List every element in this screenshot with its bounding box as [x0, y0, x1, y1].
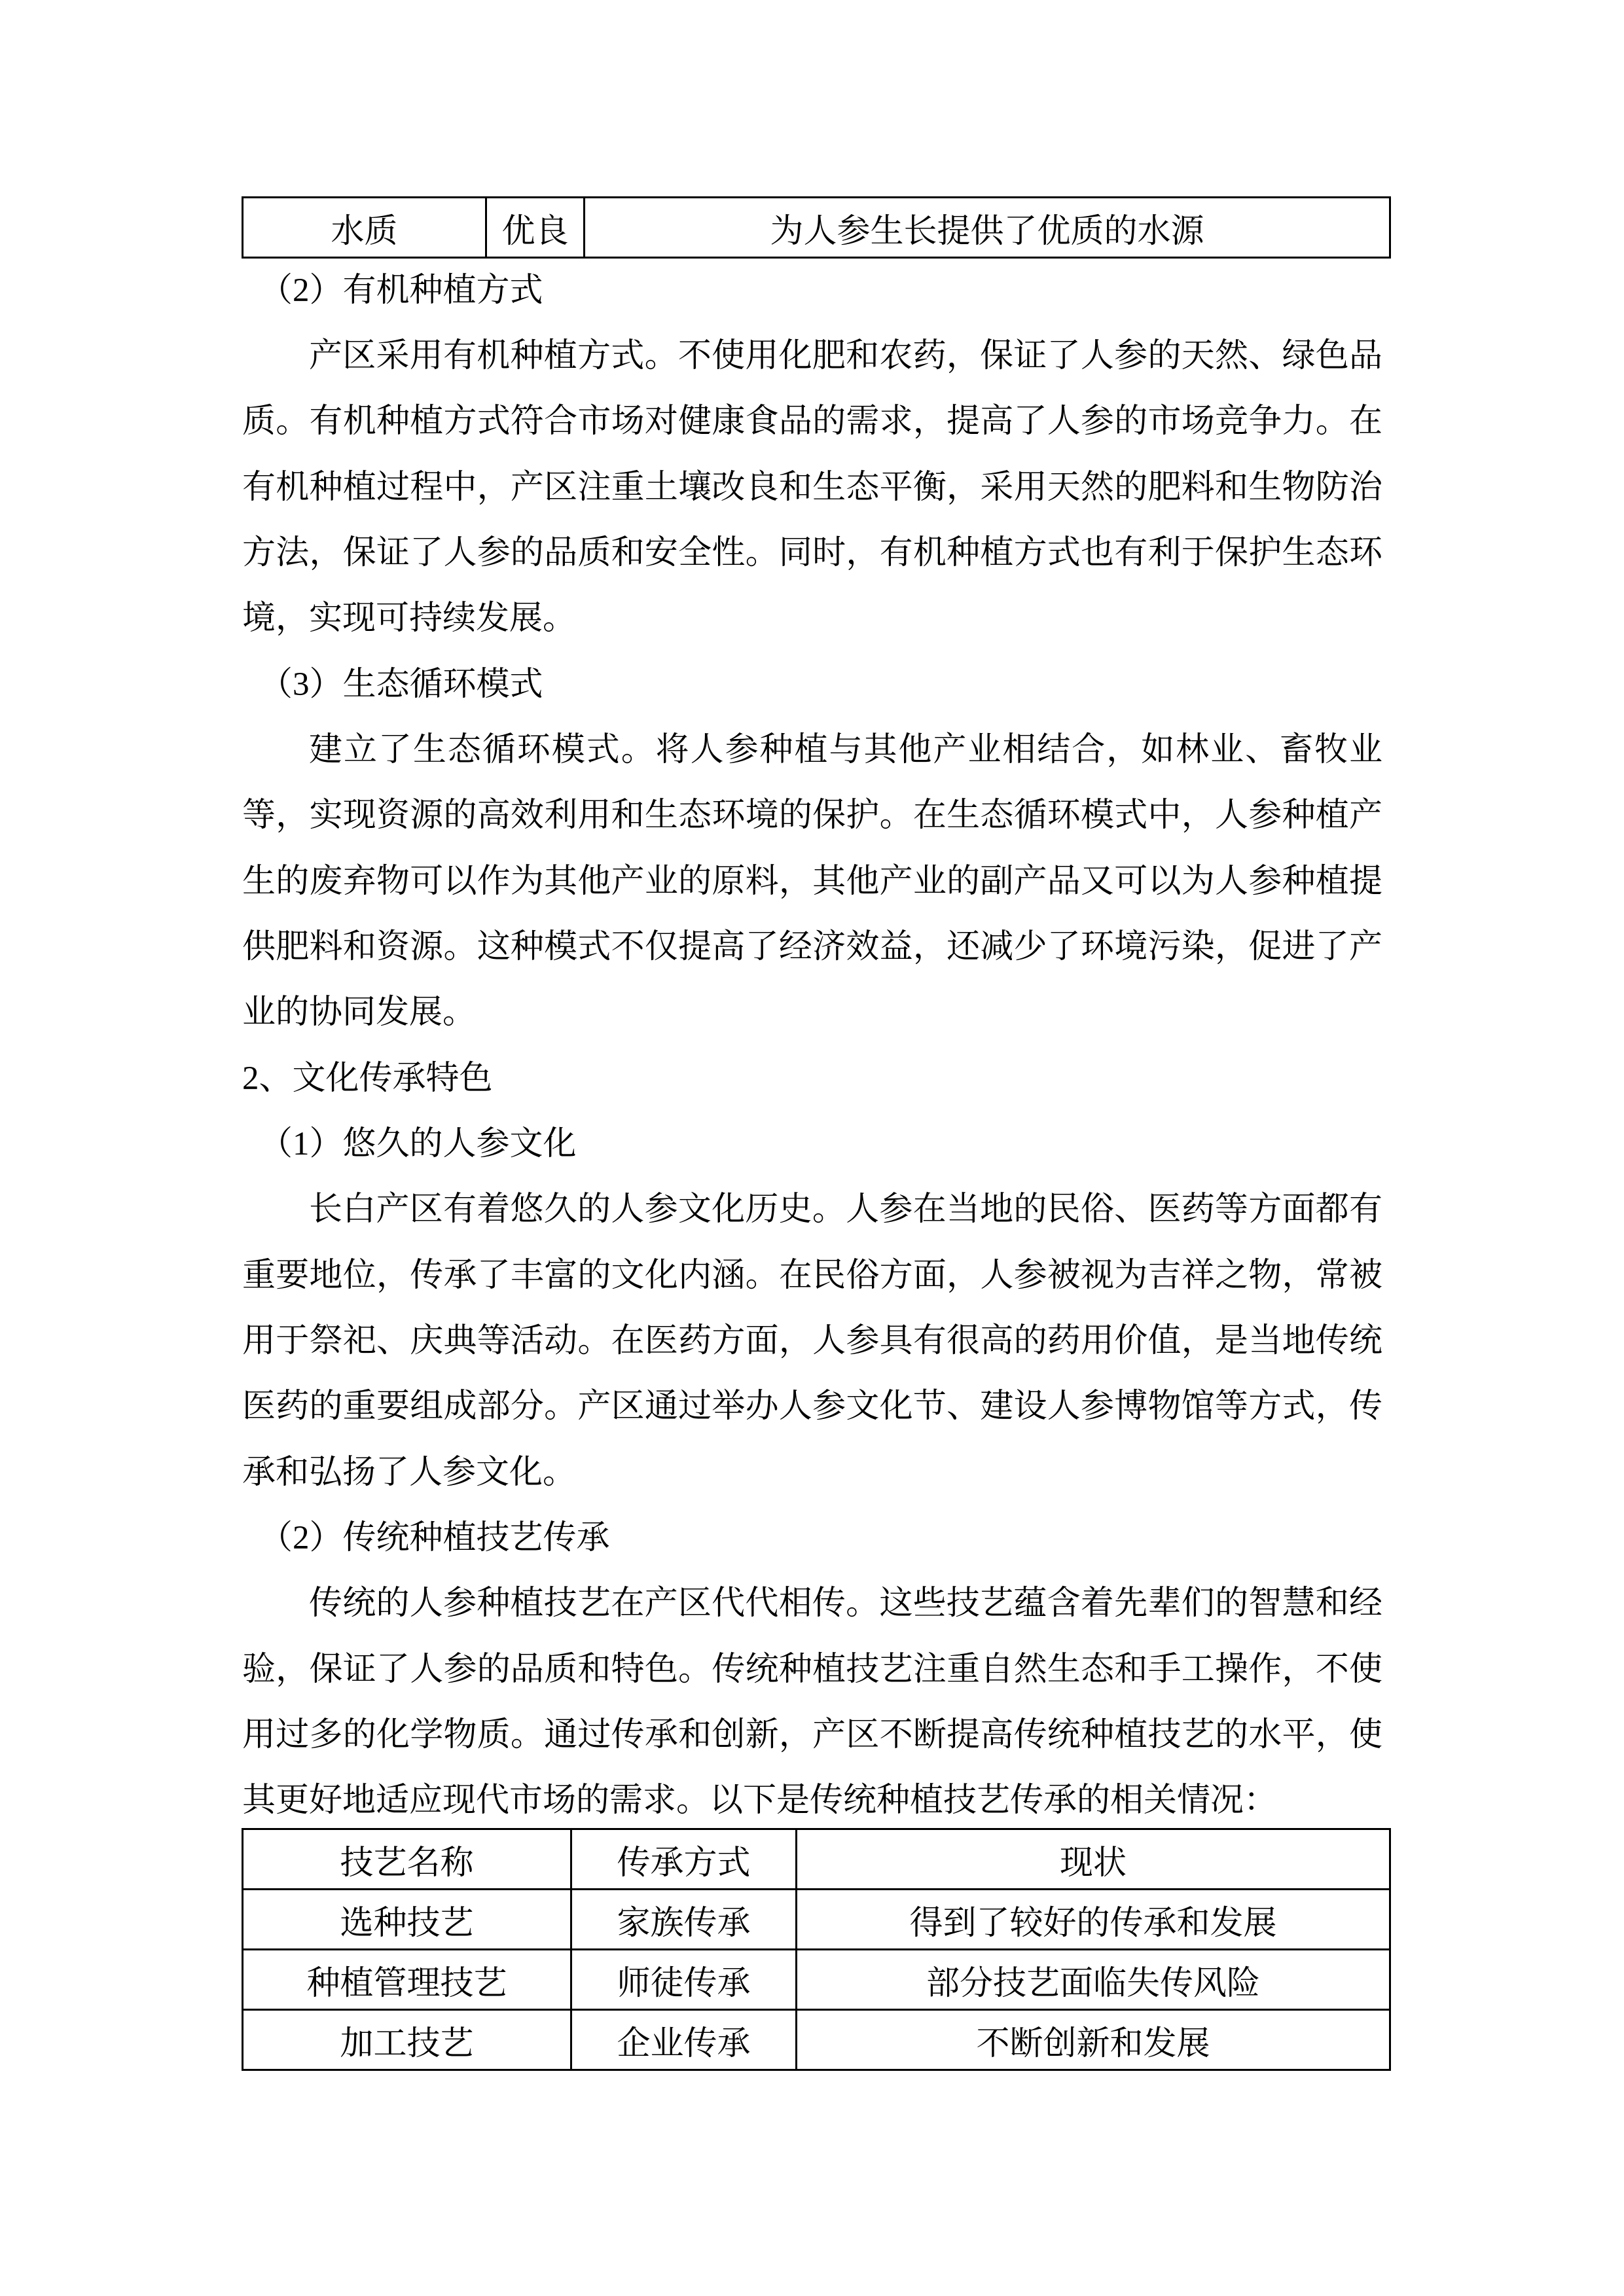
heading-line: （2）有机种植方式	[242, 258, 1399, 323]
body-text-line: 其更好地适应现代市场的需求。以下是传统种植技艺传承的相关情况：	[242, 1768, 1382, 1833]
body-text-line: 验，保证了人参的品质和特色。传统种植技艺注重自然生态和手工操作，不使	[242, 1637, 1382, 1702]
body-text-line: 方法，保证了人参的品质和安全性。同时，有机种植方式也有利于保护生态环	[242, 520, 1382, 586]
body-text-line: 质。有机种植方式符合市场对健康食品的需求，提高了人参的市场竞争力。在	[242, 389, 1382, 454]
body-text-line: 业的协同发展。	[242, 980, 1382, 1045]
table-cell-status: 不断创新和发展	[797, 2010, 1390, 2070]
table-row: 种植管理技艺 师徒传承 部分技艺面临失传风险	[243, 1950, 1390, 2010]
column-header-skill: 技艺名称	[243, 1829, 571, 1890]
table-row: 加工技艺 企业传承 不断创新和发展	[243, 2010, 1390, 2070]
body-text-line: 重要地位，传承了丰富的文化内涵。在民俗方面，人参被视为吉祥之物，常被	[242, 1243, 1382, 1308]
table-row: 选种技艺 家族传承 得到了较好的传承和发展	[243, 1890, 1390, 1950]
table-header-row: 技艺名称 传承方式 现状	[243, 1829, 1390, 1890]
column-header-method: 传承方式	[571, 1829, 797, 1890]
body-text-line: 等，实现资源的高效利用和生态环境的保护。在生态循环模式中，人参种植产	[242, 783, 1382, 848]
table-cell-factor: 水质	[243, 198, 486, 258]
body-text-line: 长白产区有着悠久的人参文化历史。人参在当地的民俗、医药等方面都有	[242, 1177, 1382, 1242]
body-text-line: 产区采用有机种植方式。不使用化肥和农药，保证了人参的天然、绿色品	[242, 323, 1382, 389]
table-cell-status: 得到了较好的传承和发展	[797, 1890, 1390, 1950]
table-cell-method: 企业传承	[571, 2010, 797, 2070]
body-text-line: 建立了生态循环模式。将人参种植与其他产业相结合，如林业、畜牧业	[242, 717, 1382, 783]
body-text-line: 有机种植过程中，产区注重土壤改良和生态平衡，采用天然的肥料和生物防治	[242, 455, 1382, 520]
heading-line: （3）生态循环模式	[242, 652, 1399, 717]
body-text-line: 承和弘扬了人参文化。	[242, 1440, 1382, 1505]
body-text-line: 医药的重要组成部分。产区通过举办人参文化节、建设人参博物馆等方式，传	[242, 1374, 1382, 1439]
water-quality-table: 水质 优良 为人参生长提供了优质的水源	[242, 196, 1391, 259]
table-cell-description: 为人参生长提供了优质的水源	[585, 198, 1390, 258]
document-page: 水质 优良 为人参生长提供了优质的水源 （2）有机种植方式 产区采用有机种植方式…	[0, 0, 1624, 2296]
skills-heritage-table: 技艺名称 传承方式 现状 选种技艺 家族传承 得到了较好的传承和发展 种植管理技…	[242, 1828, 1391, 2071]
table-cell-skill: 种植管理技艺	[243, 1950, 571, 2010]
table-row: 水质 优良 为人参生长提供了优质的水源	[243, 198, 1390, 258]
table-cell-method: 师徒传承	[571, 1950, 797, 2010]
body-text-line: 传统的人参种植技艺在产区代代相传。这些技艺蕴含着先辈们的智慧和经	[242, 1571, 1382, 1636]
body-text-line: 供肥料和资源。这种模式不仅提高了经济效益，还减少了环境污染，促进了产	[242, 914, 1382, 980]
heading-line: （1）悠久的人参文化	[242, 1111, 1399, 1177]
table-cell-status: 部分技艺面临失传风险	[797, 1950, 1390, 2010]
table-cell-method: 家族传承	[571, 1890, 797, 1950]
column-header-status: 现状	[797, 1829, 1390, 1890]
body-text-line: 生的废弃物可以作为其他产业的原料，其他产业的副产品又可以为人参种植提	[242, 849, 1382, 914]
body-text-line: 用过多的化学物质。通过传承和创新，产区不断提高传统种植技艺的水平，使	[242, 1702, 1382, 1768]
table-cell-skill: 加工技艺	[243, 2010, 571, 2070]
table-cell-status: 优良	[486, 198, 585, 258]
body-text-line: 境，实现可持续发展。	[242, 586, 1382, 651]
body-text-line: 用于祭祀、庆典等活动。在医药方面，人参具有很高的药用价值，是当地传统	[242, 1308, 1382, 1374]
table-cell-skill: 选种技艺	[243, 1890, 571, 1950]
heading-line: （2）传统种植技艺传承	[242, 1505, 1399, 1571]
heading-line: 2、文化传承特色	[242, 1046, 1382, 1111]
